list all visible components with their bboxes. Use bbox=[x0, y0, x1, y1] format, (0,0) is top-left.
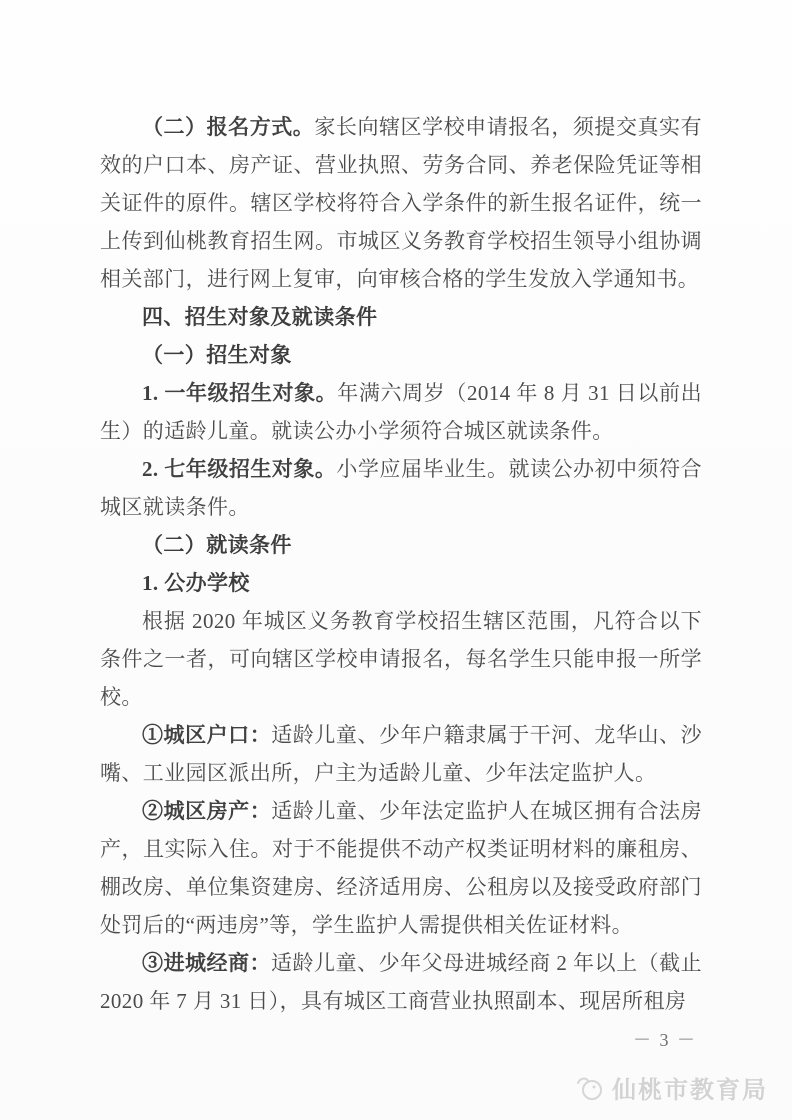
para-grade7-targets: 2. 七年级招生对象。小学应届毕业生。就读公办初中须符合城区就读条件。 bbox=[100, 450, 702, 526]
para-lead: （二）报名方式。 bbox=[142, 115, 314, 139]
para-text: 根据 2020 年城区义务教育学校招生辖区范围，凡符合以下条件之一者，可向辖区学… bbox=[100, 609, 702, 709]
scanned-document-page: （二）报名方式。家长向辖区学校申请报名，须提交真实有效的户口本、房产证、营业执照… bbox=[0, 0, 792, 1120]
para-lead: ①城区户口： bbox=[142, 723, 271, 747]
para-lead: 1. 一年级招生对象。 bbox=[142, 381, 337, 405]
para-grade1-targets: 1. 一年级招生对象。年满六周岁（2014 年 8 月 31 日以前出生）的适龄… bbox=[100, 374, 702, 450]
watermark-text: 仙桃市教育局 bbox=[612, 1070, 768, 1105]
heading-text: 四、招生对象及就读条件 bbox=[142, 305, 377, 329]
heading-enrollment-targets: （一）招生对象 bbox=[100, 336, 702, 374]
education-bureau-logo-icon bbox=[572, 1073, 606, 1103]
heading-section-four: 四、招生对象及就读条件 bbox=[100, 298, 702, 336]
para-text: 家长向辖区学校申请报名，须提交真实有效的户口本、房产证、营业执照、劳务合同、养老… bbox=[100, 115, 702, 291]
education-bureau-watermark: 仙桃市教育局 bbox=[572, 1070, 768, 1105]
para-lead: ③进城经商： bbox=[142, 951, 271, 975]
heading-text: 1. 公办学校 bbox=[142, 571, 250, 595]
heading-text: （二）就读条件 bbox=[142, 533, 292, 557]
para-district-rules: 根据 2020 年城区义务教育学校招生辖区范围，凡符合以下条件之一者，可向辖区学… bbox=[100, 602, 702, 716]
page-number: － 3 － bbox=[633, 1026, 697, 1052]
para-registration-method: （二）报名方式。家长向辖区学校申请报名，须提交真实有效的户口本、房产证、营业执照… bbox=[100, 108, 702, 298]
para-urban-hukou: ①城区户口：适龄儿童、少年户籍隶属于干河、龙华山、沙嘴、工业园区派出所，户主为适… bbox=[100, 716, 702, 792]
para-urban-property: ②城区房产：适龄儿童、少年法定监护人在城区拥有合法房产，且实际入住。对于不能提供… bbox=[100, 792, 702, 944]
document-text-block: （二）报名方式。家长向辖区学校申请报名，须提交真实有效的户口本、房产证、营业执照… bbox=[100, 108, 702, 1020]
para-lead: ②城区房产： bbox=[142, 799, 271, 823]
heading-attendance-conditions: （二）就读条件 bbox=[100, 526, 702, 564]
heading-public-schools: 1. 公办学校 bbox=[100, 564, 702, 602]
para-lead: 2. 七年级招生对象。 bbox=[142, 457, 336, 481]
heading-text: （一）招生对象 bbox=[142, 343, 292, 367]
para-business-in-city: ③进城经商：适龄儿童、少年父母进城经商 2 年以上（截止 2020 年 7 月 … bbox=[100, 944, 702, 1020]
